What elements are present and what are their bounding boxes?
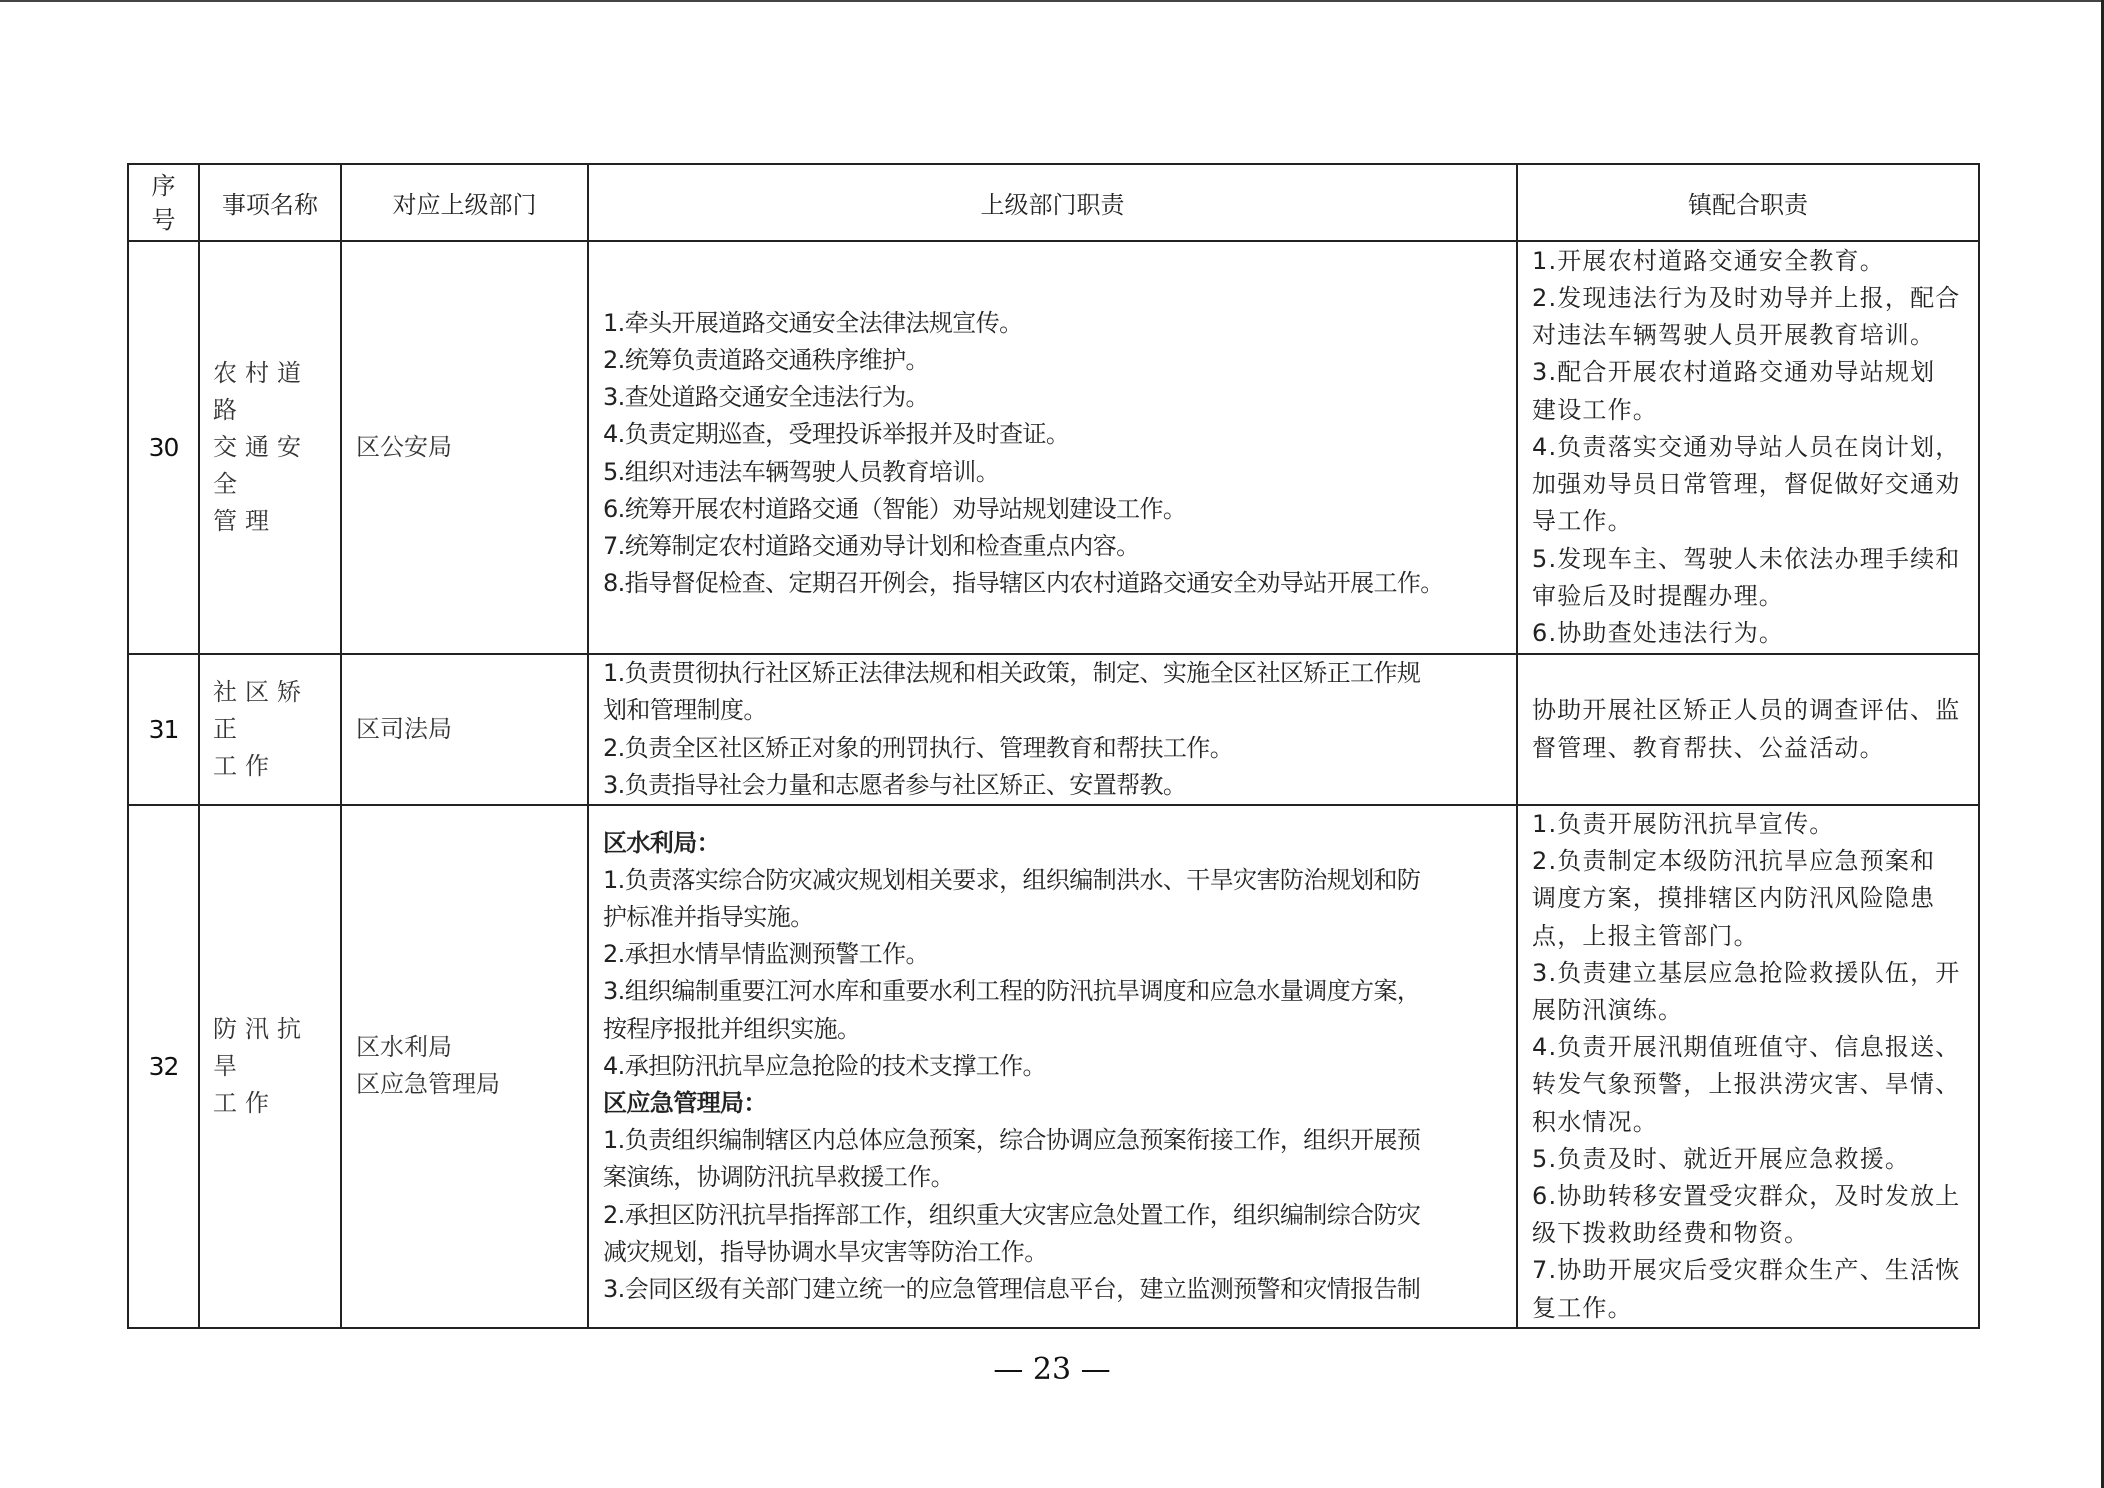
duty-line: 护标准并指导实施。 (603, 899, 1506, 936)
dept-line: 区水利局 (356, 1029, 573, 1066)
row-item-name: 社区矫正 工作 (199, 654, 341, 805)
section-heading-emergency-bureau: 区应急管理局： (603, 1085, 1506, 1122)
header-seq-line2: 号 (129, 203, 198, 237)
row-upper-duties: 1.负责贯彻执行社区矫正法律法规和相关政策，制定、实施全区社区矫正工作规 划和管… (588, 654, 1517, 805)
duty-line: 2.承担区防汛抗旱指挥部工作，组织重大灾害应急处置工作，组织编制综合防灾 (603, 1197, 1506, 1234)
row-item-name: 农村道路 交通安全 管理 (199, 241, 341, 654)
duty-line: 3.配合开展农村道路交通劝导站规划 (1532, 354, 1968, 391)
row-town-duties: 协助开展社区矫正人员的调查评估、监 督管理、教育帮扶、公益活动。 (1517, 654, 1979, 805)
table-row: 30 农村道路 交通安全 管理 区公安局 1.牵头开展道路交通安全法律法规宣传。… (128, 241, 1979, 654)
duty-line: 7.协助开展灾后受灾群众生产、生活恢 (1532, 1252, 1968, 1289)
duty-line: 1.负责落实综合防灾减灾规划相关要求，组织编制洪水、干旱灾害防治规划和防 (603, 862, 1506, 899)
dept-line: 区司法局 (356, 711, 573, 748)
responsibility-table: 序 号 事项名称 对应上级部门 上级部门职责 镇配合职责 30 农村道路 交通安… (127, 163, 1980, 1329)
duty-item: 3.查处道路交通安全违法行为。 (603, 379, 1506, 416)
duty-line: 6.协助转移安置受灾群众，及时发放上 (1532, 1178, 1968, 1215)
row-town-duties: 1.负责开展防汛抗旱宣传。 2.负责制定本级防汛抗旱应急预案和 调度方案，摸排辖… (1517, 805, 1979, 1328)
duty-line: 建设工作。 (1532, 392, 1968, 429)
duty-line: 3.会同区级有关部门建立统一的应急管理信息平台，建立监测预警和灾情报告制 (603, 1271, 1506, 1308)
duty-line: 级下拨救助经费和物资。 (1532, 1215, 1968, 1252)
duty-item: 8.指导督促检查、定期召开例会，指导辖区内农村道路交通安全劝导站开展工作。 (603, 565, 1506, 602)
item-name-line: 工作 (213, 1085, 332, 1122)
item-name-line: 社区矫正 (213, 674, 332, 748)
duty-line: 划和管理制度。 (603, 692, 1506, 729)
item-name-line: 管理 (213, 503, 332, 540)
duty-line: 对违法车辆驾驶人员开展教育培训。 (1532, 317, 1968, 354)
duty-line: 减灾规划，指导协调水旱灾害等防治工作。 (603, 1234, 1506, 1271)
item-name-line: 防汛抗旱 (213, 1011, 332, 1085)
table-header-row: 序 号 事项名称 对应上级部门 上级部门职责 镇配合职责 (128, 164, 1979, 241)
duty-item: 6.统筹开展农村道路交通（智能）劝导站规划建设工作。 (603, 491, 1506, 528)
duty-line: 2.发现违法行为及时劝导并上报，配合 (1532, 280, 1968, 317)
duty-line: 1.负责贯彻执行社区矫正法律法规和相关政策，制定、实施全区社区矫正工作规 (603, 655, 1506, 692)
duty-line: 转发气象预警，上报洪涝灾害、旱情、 (1532, 1066, 1968, 1103)
duty-line: 1.负责组织编制辖区内总体应急预案，综合协调应急预案衔接工作，组织开展预 (603, 1122, 1506, 1159)
duty-item: 1.牵头开展道路交通安全法律法规宣传。 (603, 305, 1506, 342)
duty-line: 6.协助查处违法行为。 (1532, 615, 1968, 652)
table-row: 32 防汛抗旱 工作 区水利局 区应急管理局 区水利局： 1.负责落实综合防灾减… (128, 805, 1979, 1328)
duty-line: 1.负责开展防汛抗旱宣传。 (1532, 806, 1968, 843)
duty-line: 2.负责制定本级防汛抗旱应急预案和 (1532, 843, 1968, 880)
table-row: 31 社区矫正 工作 区司法局 1.负责贯彻执行社区矫正法律法规和相关政策，制定… (128, 654, 1979, 805)
header-seq-line1: 序 (129, 169, 198, 203)
header-upper-dept: 对应上级部门 (341, 164, 588, 241)
duty-line: 3.负责指导社会力量和志愿者参与社区矫正、安置帮教。 (603, 767, 1506, 804)
section-heading-water-bureau: 区水利局： (603, 825, 1506, 862)
header-item-name: 事项名称 (199, 164, 341, 241)
duty-item: 7.统筹制定农村道路交通劝导计划和检查重点内容。 (603, 528, 1506, 565)
row-town-duties: 1.开展农村道路交通安全教育。 2.发现违法行为及时劝导并上报，配合 对违法车辆… (1517, 241, 1979, 654)
duty-line: 协助开展社区矫正人员的调查评估、监 (1532, 692, 1968, 729)
row-seq: 30 (128, 241, 199, 654)
duty-item: 5.组织对违法车辆驾驶人员教育培训。 (603, 454, 1506, 491)
row-seq: 32 (128, 805, 199, 1328)
item-name-line: 交通安全 (213, 429, 332, 503)
duty-line: 加强劝导员日常管理，督促做好交通劝 (1532, 466, 1968, 503)
duty-line: 调度方案，摸排辖区内防汛风险隐患 (1532, 880, 1968, 917)
duty-line: 2.负责全区社区矫正对象的刑罚执行、管理教育和帮扶工作。 (603, 730, 1506, 767)
duty-line: 展防汛演练。 (1532, 992, 1968, 1029)
duty-line: 督管理、教育帮扶、公益活动。 (1532, 730, 1968, 767)
duty-line: 案演练，协调防汛抗旱救援工作。 (603, 1159, 1506, 1196)
dept-line: 区应急管理局 (356, 1066, 573, 1103)
duty-line: 5.发现车主、驾驶人未依法办理手续和 (1532, 541, 1968, 578)
duty-line: 积水情况。 (1532, 1104, 1968, 1141)
row-upper-dept: 区公安局 (341, 241, 588, 654)
header-upper-duties: 上级部门职责 (588, 164, 1517, 241)
duty-line: 导工作。 (1532, 503, 1968, 540)
row-upper-dept: 区司法局 (341, 654, 588, 805)
duty-line: 1.开展农村道路交通安全教育。 (1532, 243, 1968, 280)
row-item-name: 防汛抗旱 工作 (199, 805, 341, 1328)
header-seq: 序 号 (128, 164, 199, 241)
row-upper-duties: 1.牵头开展道路交通安全法律法规宣传。 2.统筹负责道路交通秩序维护。 3.查处… (588, 241, 1517, 654)
duty-item: 4.负责定期巡查，受理投诉举报并及时查证。 (603, 416, 1506, 453)
duty-line: 4.承担防汛抗旱应急抢险的技术支撑工作。 (603, 1048, 1506, 1085)
duty-line: 4.负责落实交通劝导站人员在岗计划， (1532, 429, 1968, 466)
duty-line: 2.承担水情旱情监测预警工作。 (603, 936, 1506, 973)
page-number: — 23 — (0, 1352, 2104, 1387)
item-name-line: 农村道路 (213, 355, 332, 429)
duty-line: 按程序报批并组织实施。 (603, 1011, 1506, 1048)
dept-line: 区公安局 (356, 429, 573, 466)
duty-line: 3.负责建立基层应急抢险救援队伍，开 (1532, 955, 1968, 992)
duty-line: 审验后及时提醒办理。 (1532, 578, 1968, 615)
duty-item: 2.统筹负责道路交通秩序维护。 (603, 342, 1506, 379)
duty-line: 5.负责及时、就近开展应急救援。 (1532, 1141, 1968, 1178)
page-top-edge (0, 0, 2104, 2)
duty-line: 4.负责开展汛期值班值守、信息报送、 (1532, 1029, 1968, 1066)
header-town-duties: 镇配合职责 (1517, 164, 1979, 241)
row-upper-dept: 区水利局 区应急管理局 (341, 805, 588, 1328)
row-upper-duties: 区水利局： 1.负责落实综合防灾减灾规划相关要求，组织编制洪水、干旱灾害防治规划… (588, 805, 1517, 1328)
duty-line: 点，上报主管部门。 (1532, 918, 1968, 955)
item-name-line: 工作 (213, 748, 332, 785)
duty-line: 3.组织编制重要江河水库和重要水利工程的防汛抗旱调度和应急水量调度方案， (603, 973, 1506, 1010)
row-seq: 31 (128, 654, 199, 805)
duty-line: 复工作。 (1532, 1290, 1968, 1327)
